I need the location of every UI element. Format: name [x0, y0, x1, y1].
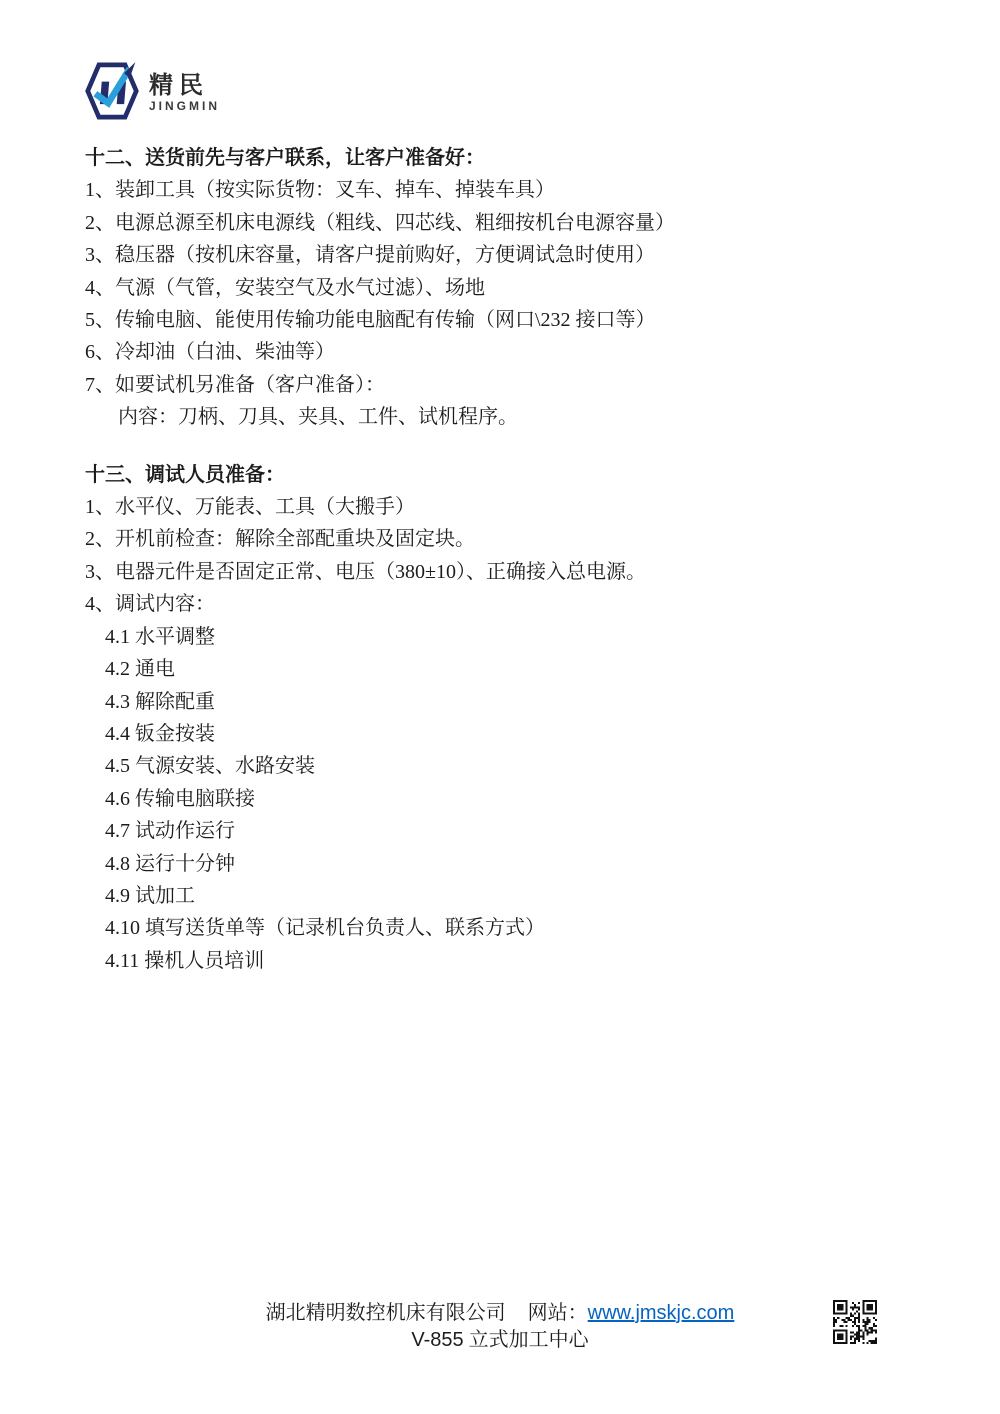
section-heading: 十二、送货前先与客户联系，让客户准备好： [85, 142, 917, 174]
company-name: 湖北精明数控机床有限公司 [266, 1302, 506, 1324]
list-item: 4.1 水平调整 [85, 621, 917, 653]
list-item: 4.8 运行十分钟 [85, 848, 917, 880]
document-section: 十三、调试人员准备：1、水平仪、万能表、工具（大搬手）2、开机前检查：解除全部配… [85, 459, 917, 978]
list-item: 2、电源总源至机床电源线（粗线、四芯线、粗细按机台电源容量） [85, 207, 917, 239]
list-item: 4.9 试加工 [85, 880, 917, 912]
document-body: 十二、送货前先与客户联系，让客户准备好：1、装卸工具（按实际货物：叉车、掉车、掉… [85, 142, 917, 977]
logo-name-cn: 精民 [149, 73, 220, 99]
document-section: 十二、送货前先与客户联系，让客户准备好：1、装卸工具（按实际货物：叉车、掉车、掉… [85, 142, 917, 434]
list-item: 7、如要试机另准备（客户准备）： [85, 369, 917, 401]
list-item: 4.10 填写送货单等（记录机台负责人、联系方式） [85, 912, 917, 944]
list-item: 4.4 钣金按装 [85, 718, 917, 750]
list-item: 1、装卸工具（按实际货物：叉车、掉车、掉装车具） [85, 174, 917, 206]
list-item: 4.5 气源安装、水路安装 [85, 750, 917, 782]
list-item: 4.3 解除配重 [85, 686, 917, 718]
list-item: 4.2 通电 [85, 653, 917, 685]
document-page: 精民 JINGMIN 十二、送货前先与客户联系，让客户准备好：1、装卸工具（按实… [0, 0, 1000, 1414]
list-item: 4.11 操机人员培训 [85, 945, 917, 977]
qr-code-icon [833, 1300, 877, 1344]
logo-hexagon-icon [84, 60, 140, 122]
list-item: 内容：刀柄、刀具、夹具、工件、试机程序。 [85, 401, 917, 433]
list-item: 4、气源（气管，安装空气及水气过滤）、场地 [85, 272, 917, 304]
list-item: 3、电器元件是否固定正常、电压（380±10）、正确接入总电源。 [85, 556, 917, 588]
list-item: 3、稳压器（按机床容量，请客户提前购好，方便调试急时使用） [85, 239, 917, 271]
company-logo: 精民 JINGMIN [84, 60, 220, 122]
list-item: 2、开机前检查：解除全部配重块及固定块。 [85, 523, 917, 555]
logo-name-en: JINGMIN [149, 99, 220, 113]
list-item: 6、冷却油（白油、柴油等） [85, 336, 917, 368]
list-item: 1、水平仪、万能表、工具（大搬手） [85, 491, 917, 523]
section-heading: 十三、调试人员准备： [85, 459, 917, 491]
list-item: 4、调试内容： [85, 588, 917, 620]
list-item: 4.7 试动作运行 [85, 815, 917, 847]
product-model: V-855 [411, 1329, 463, 1351]
website-label: 网站： [528, 1302, 588, 1324]
website-link[interactable]: www.jmskjc.com [588, 1302, 735, 1324]
product-name: 立式加工中心 [464, 1329, 589, 1351]
list-item: 5、传输电脑、能使用传输功能电脑配有传输（网口\232 接口等） [85, 304, 917, 336]
list-item: 4.6 传输电脑联接 [85, 783, 917, 815]
